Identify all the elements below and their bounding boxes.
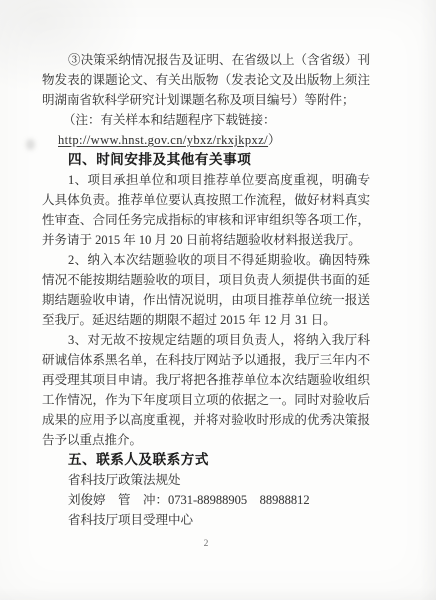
page-number: 2 — [42, 539, 370, 549]
download-url-text: http://www.hnst.gov.cn/ybxz/rkxjkpxz/ — [58, 133, 268, 147]
text-line: ③决策采纳情况报告及证明、在省级以上（含省级）刊 — [42, 50, 370, 70]
scanned-document-page: ③决策采纳情况报告及证明、在省级以上（含省级）刊 物发表的课题论文、有关出版物（… — [0, 0, 436, 600]
text-line: 情况不能按期结题验收的项目，项目负责人须提供书面的延 — [42, 270, 370, 290]
text-line: 1、项目承担单位和项目推荐单位要高度重视，明确专 — [42, 170, 370, 190]
section-five-heading: 五、联系人及联系方式 — [42, 450, 370, 470]
section-four-heading: 四、时间安排及其他有关事项 — [42, 150, 370, 170]
scan-shading-bottom-edge — [0, 588, 436, 600]
text-line: 再受理其项目申请。我厅将把各推荐单位本次结题验收组织 — [42, 370, 370, 390]
text-line: 物发表的课题论文、有关出版物（发表论文及出版物上须注 — [42, 70, 370, 90]
text-line: 成果的应用予以高度重视，并将对验收时形成的优秀决策报 — [42, 410, 370, 430]
document-content: ③决策采纳情况报告及证明、在省级以上（含省级）刊 物发表的课题论文、有关出版物（… — [42, 50, 370, 530]
text-line: 人具体负责。推荐单位要认真按照工作流程，做好材料真实 — [42, 190, 370, 210]
text-line: 告予以重点推介。 — [42, 430, 370, 450]
contact-center-line: 省科技厅项目受理中心 — [42, 510, 370, 530]
text-line: 研诚信体系黑名单，在科技厅网站予以通报，我厅三年内不 — [42, 350, 370, 370]
text-line: 明湖南省软科学研究计划课题名称及项目编号）等附件； — [42, 90, 370, 110]
contact-department-line: 省科技厅政策法规处 — [42, 470, 370, 490]
note-line: （注：有关样本和结题程序下载链接： — [42, 110, 370, 130]
text-line: 2、纳入本次结题验收的项目不得延期验收。确因特殊 — [42, 250, 370, 270]
download-link-line: http://www.hnst.gov.cn/ybxz/rkxjkpxz/） — [42, 130, 370, 150]
scan-smudge-left-margin — [26, 139, 35, 150]
closing-paren: ） — [268, 133, 281, 147]
text-line: 性审查、合同任务完成指标的审核和评审组织等各项工作， — [42, 210, 370, 230]
text-line: 3、对无故不按规定结题的项目负责人，将纳入我厅科 — [42, 330, 370, 350]
text-line: 至我厅。延迟结题的期限不超过 2015 年 12 月 31 日。 — [42, 310, 370, 330]
text-line: 并务请于 2015 年 10 月 20 日前将结题验收材料报送我厅。 — [42, 230, 370, 250]
text-line: 工作情况，作为下年度项目立项的依据之一。同时对验收后 — [42, 390, 370, 410]
scan-shading-right-edge — [420, 0, 436, 600]
contact-persons-phone-line: 刘俊婷 管 冲：0731-88988905 88988812 — [42, 490, 370, 510]
text-line: 期结题验收申请，作出情况说明，由项目推荐单位统一报送 — [42, 290, 370, 310]
